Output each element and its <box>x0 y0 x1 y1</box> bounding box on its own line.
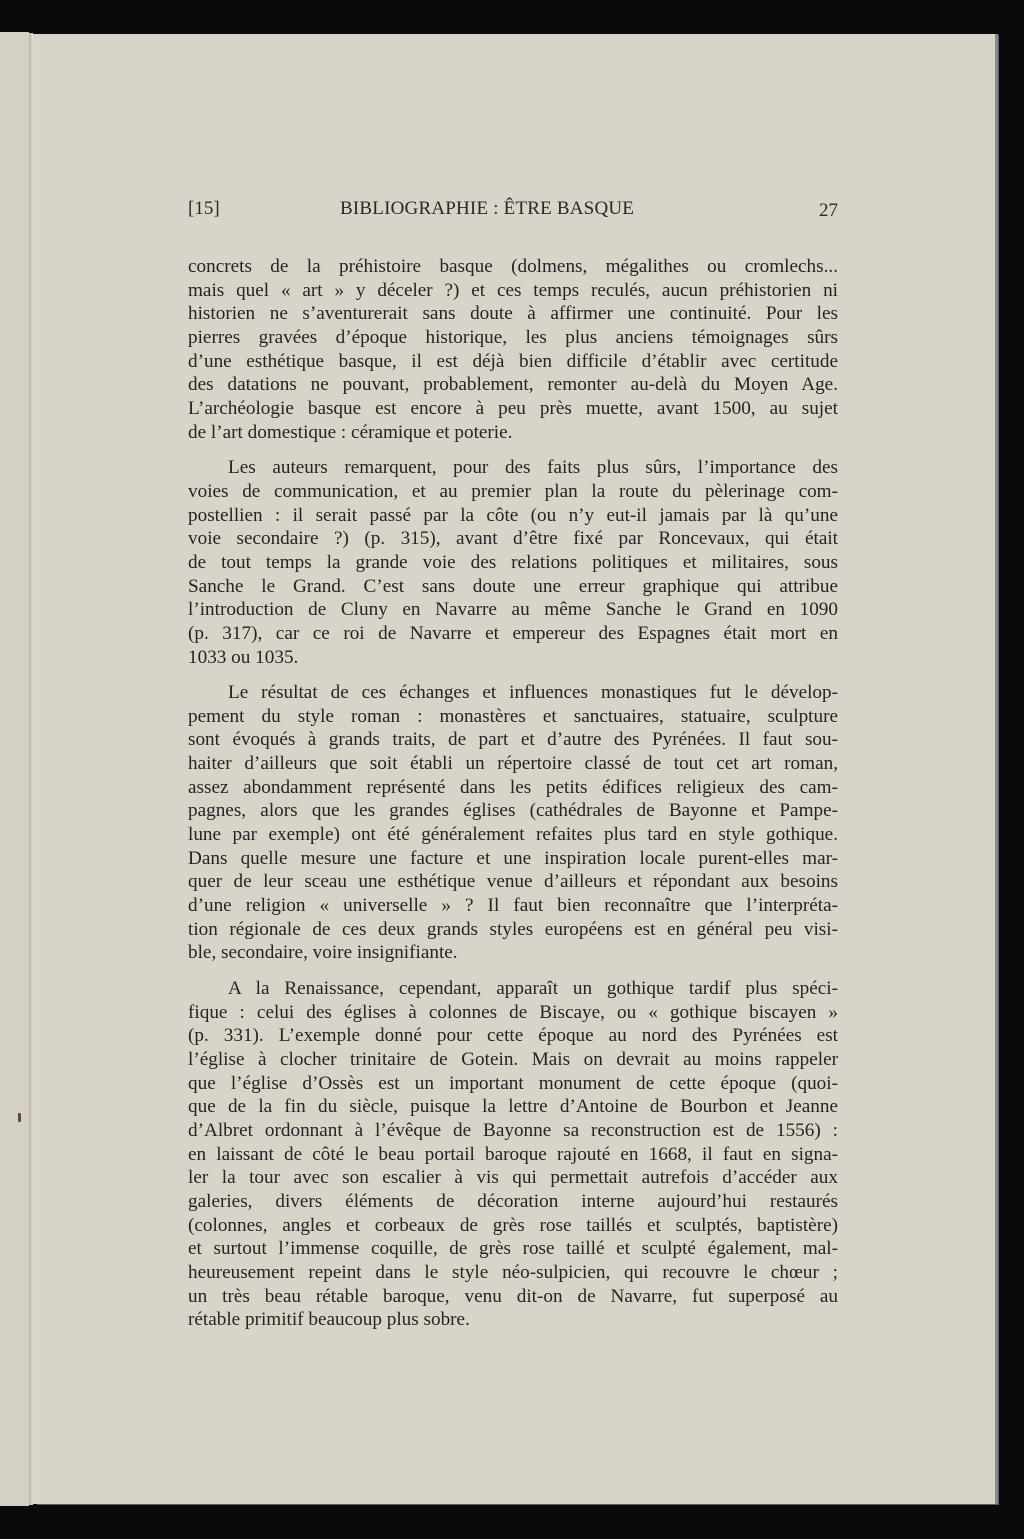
text-line: historien ne s’aventurerait sans doute à… <box>188 302 838 326</box>
text-line: d’une religion « universelle » ? Il faut… <box>188 894 838 918</box>
text-line: quer de leur sceau une esthétique venue … <box>188 870 838 894</box>
running-header: [15] BIBLIOGRAPHIE : ÊTRE BASQUE 27 <box>188 198 838 224</box>
text-line: assez abondamment représenté dans les pe… <box>188 776 838 800</box>
text-line: rétable primitif beaucoup plus sobre. <box>188 1308 838 1332</box>
text-line: L’archéologie basque est encore à peu pr… <box>188 397 838 421</box>
text-line: de l’art domestique : céramique et poter… <box>188 421 838 445</box>
paragraph-4: A la Renaissance, cependant, apparaît un… <box>188 977 838 1332</box>
text-line: que l’église d’Ossès est un important mo… <box>188 1072 838 1096</box>
text-line: de tout temps la grande voie des relatio… <box>188 551 838 575</box>
paragraph-2: Les auteurs remarquent, pour des faits p… <box>188 456 838 669</box>
text-line: (p. 317), car ce roi de Navarre et emper… <box>188 622 838 646</box>
text-line: Les auteurs remarquent, pour des faits p… <box>188 456 838 480</box>
text-line: sont évoqués à grands traits, de part et… <box>188 728 838 752</box>
page-number: 27 <box>819 200 838 222</box>
text-line: concrets de la préhistoire basque (dolme… <box>188 255 838 279</box>
text-line: postellien : il serait passé par la côte… <box>188 504 838 528</box>
text-line: et surtout l’immense coquille, de grès r… <box>188 1237 838 1261</box>
text-line: voies de communication, et au premier pl… <box>188 480 838 504</box>
text-line: heureusement repeint dans le style néo-s… <box>188 1261 838 1285</box>
text-line: mais quel « art » y déceler ?) et ces te… <box>188 279 838 303</box>
text-line: fique : celui des églises à colonnes de … <box>188 1001 838 1025</box>
text-line: l’introduction de Cluny en Navarre au mê… <box>188 598 838 622</box>
text-line: 1033 ou 1035. <box>188 646 838 670</box>
section-number: [15] <box>188 198 220 220</box>
text-line: (p. 331). L’exemple donné pour cette épo… <box>188 1024 838 1048</box>
paragraph-1: concrets de la préhistoire basque (dolme… <box>188 255 838 444</box>
text-line: galeries, divers éléments de décoration … <box>188 1190 838 1214</box>
text-line: pement du style roman : monastères et sa… <box>188 705 838 729</box>
text-line: lune par exemple) ont été généralement r… <box>188 823 838 847</box>
text-line: (colonnes, angles et corbeaux de grès ro… <box>188 1214 838 1238</box>
text-line: pagnes, alors que les grandes églises (c… <box>188 799 838 823</box>
text-line: l’église à clocher trinitaire de Gotein.… <box>188 1048 838 1072</box>
text-line: d’Albret ordonnant à l’évêque de Bayonne… <box>188 1119 838 1143</box>
text-line: pierres gravées d’époque historique, les… <box>188 326 838 350</box>
text-line: en laissant de côté le beau portail baro… <box>188 1143 838 1167</box>
text-line: ler la tour avec son escalier à vis qui … <box>188 1166 838 1190</box>
text-line: que de la fin du siècle, puisque la lett… <box>188 1095 838 1119</box>
margin-ink-mark <box>18 1113 21 1122</box>
running-title: BIBLIOGRAPHIE : ÊTRE BASQUE <box>340 198 634 220</box>
paragraph-3: Le résultat de ces échanges et influence… <box>188 681 838 965</box>
text-line: tion régionale de ces deux grands styles… <box>188 918 838 942</box>
body-text: concrets de la préhistoire basque (dolme… <box>188 255 838 1332</box>
text-line: haiter d’ailleurs que soit établi un rép… <box>188 752 838 776</box>
text-line: un très beau rétable baroque, venu dit-o… <box>188 1285 838 1309</box>
facing-page-edge <box>0 32 29 1506</box>
text-line: Dans quelle mesure une facture et une in… <box>188 847 838 871</box>
text-line: d’une esthétique basque, il est déjà bie… <box>188 350 838 374</box>
text-line: voie secondaire ?) (p. 315), avant d’êtr… <box>188 527 838 551</box>
text-line: A la Renaissance, cependant, apparaît un… <box>188 977 838 1001</box>
text-line: ble, secondaire, voire insignifiante. <box>188 941 838 965</box>
text-line: des datations ne pouvant, probablement, … <box>188 373 838 397</box>
text-line: Sanche le Grand. C’est sans doute une er… <box>188 575 838 599</box>
text-line: Le résultat de ces échanges et influence… <box>188 681 838 705</box>
